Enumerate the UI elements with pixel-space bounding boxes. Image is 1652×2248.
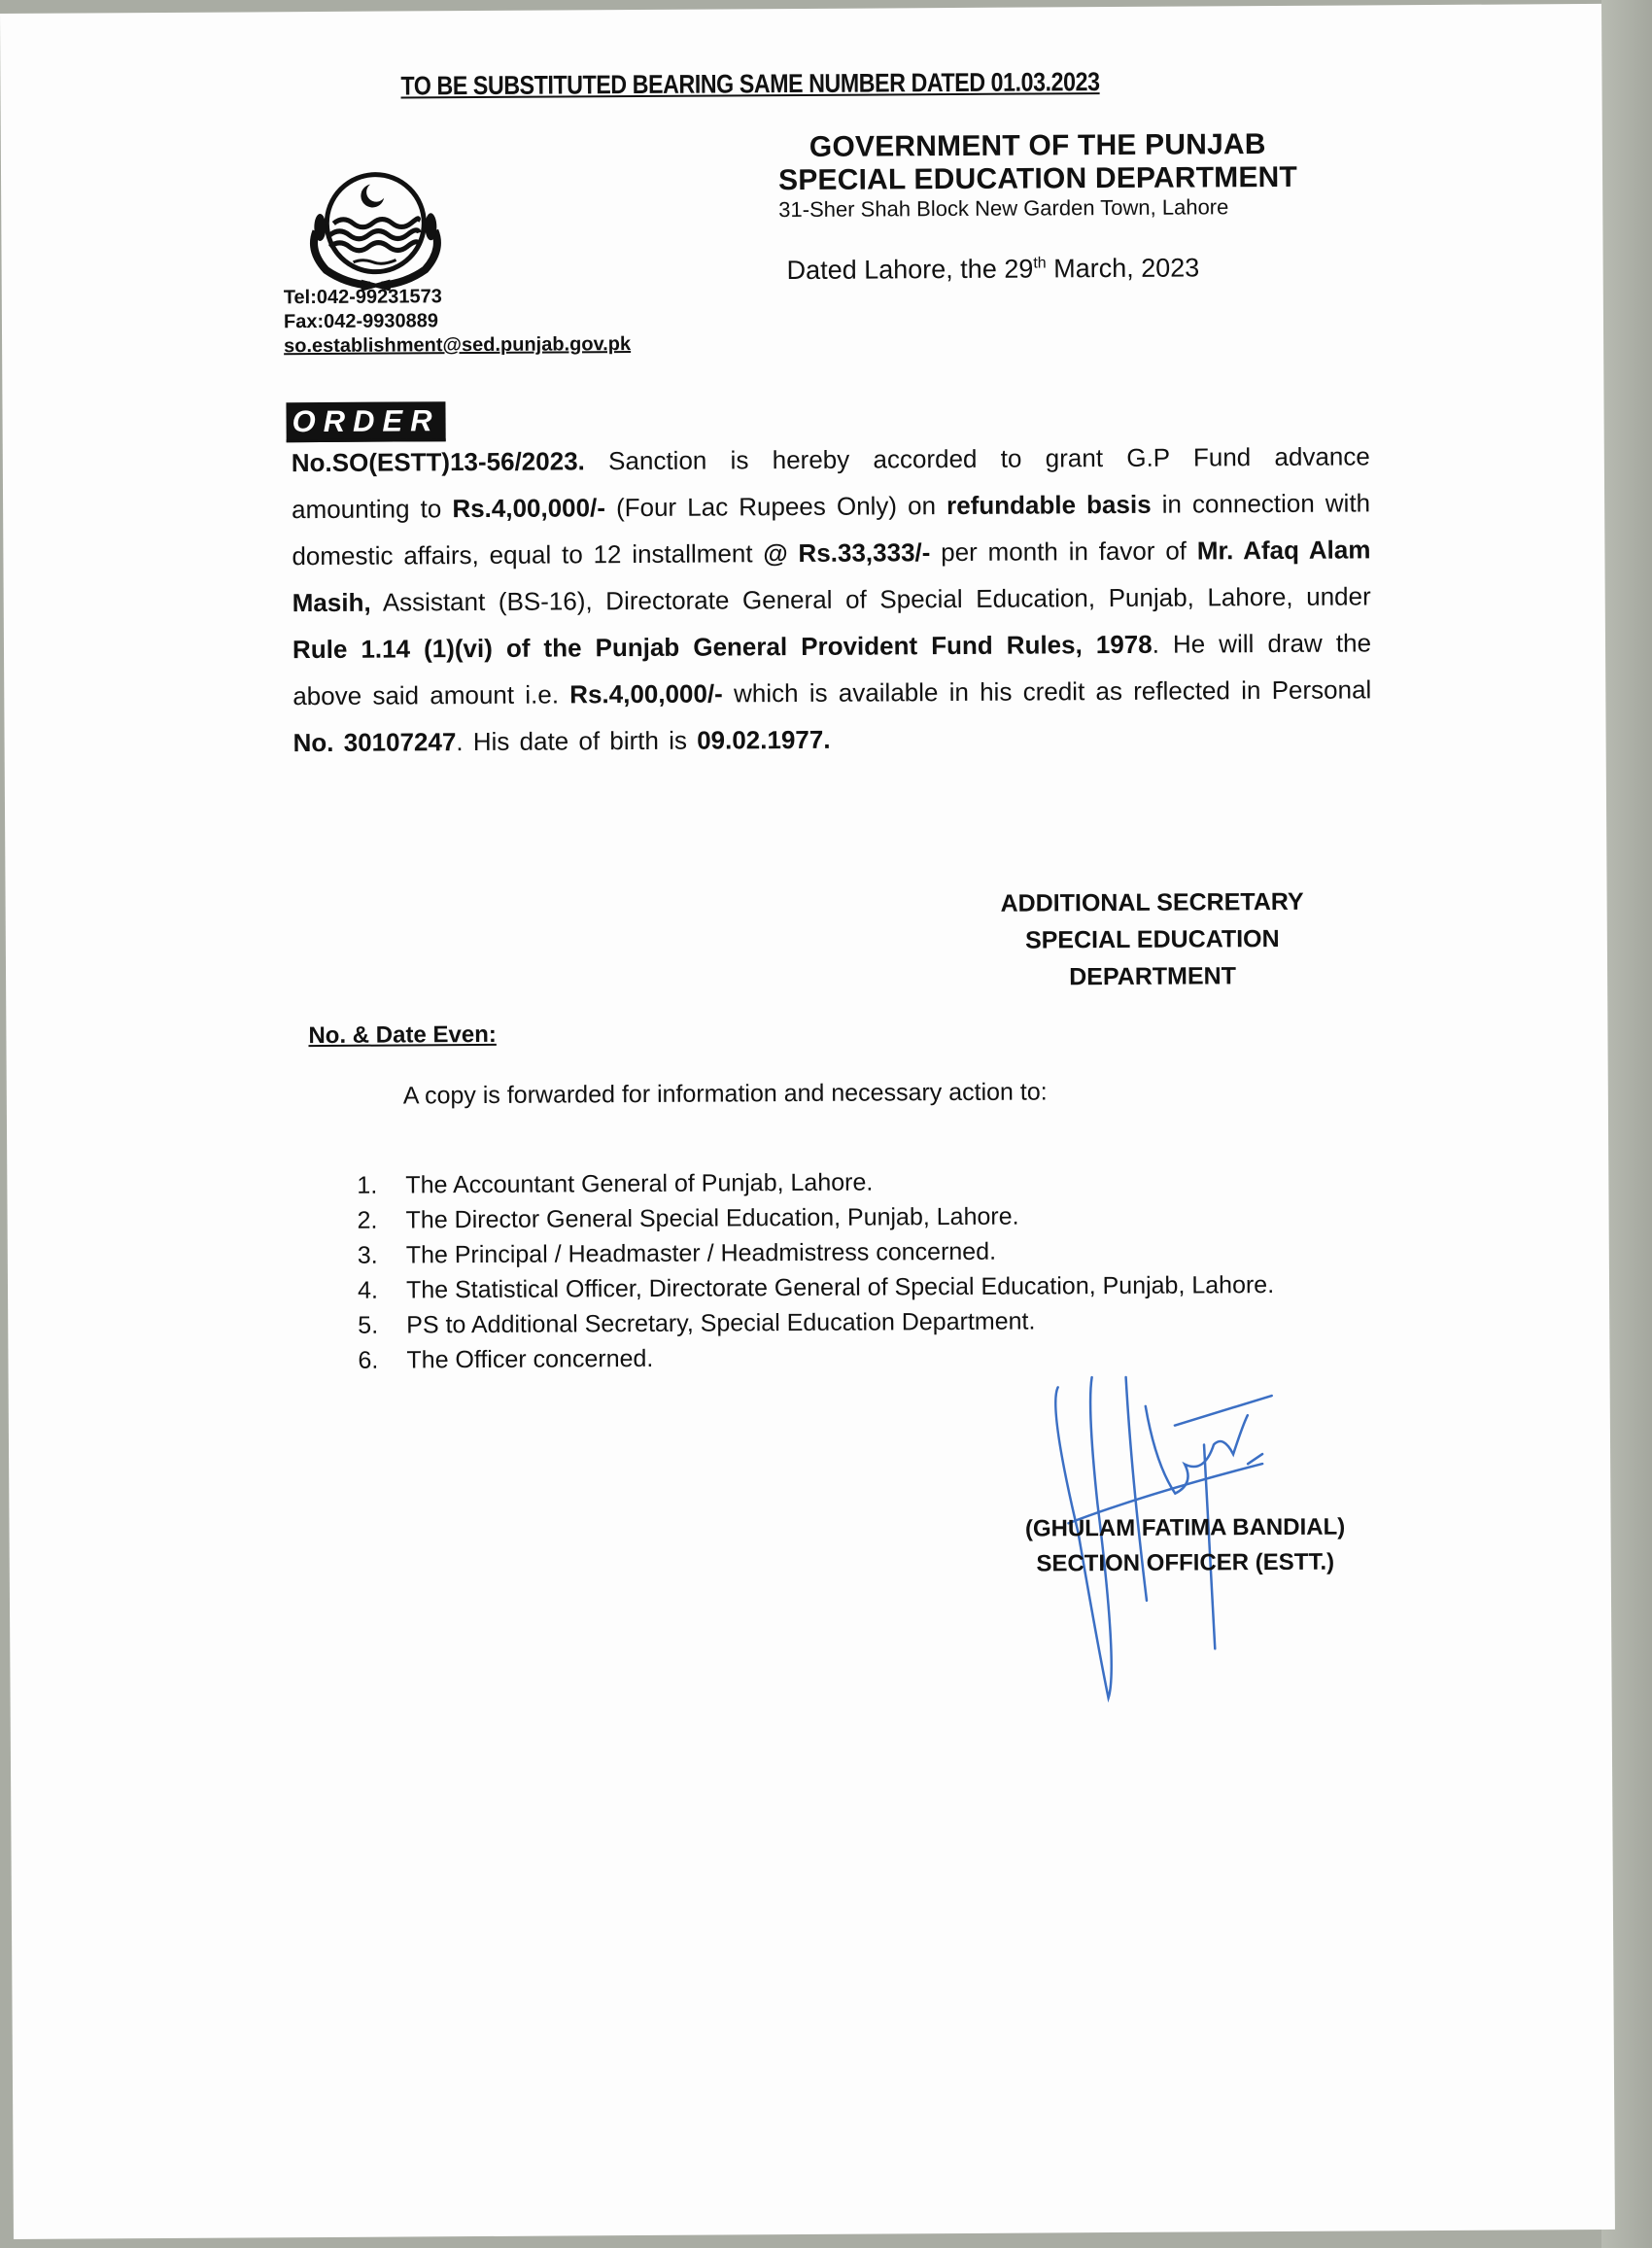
copy-intro: A copy is forwarded for information and … xyxy=(403,1078,1048,1110)
punjab-government-emblem-icon xyxy=(293,166,459,294)
order-text-segment: . His date of birth is xyxy=(456,726,697,757)
order-body: No.SO(ESTT)13-56/2023. Sanction is hereb… xyxy=(292,432,1372,766)
order-text-segment: Rs.4,00,000/- xyxy=(569,678,723,709)
recipient-number: 4. xyxy=(358,1272,406,1307)
department-address: 31-Sher Shah Block New Garden Town, Laho… xyxy=(778,194,1297,223)
authority-line-3: DEPARTMENT xyxy=(987,957,1318,996)
order-text-segment: Rule 1.14 (1)(vi) of the Punjab General … xyxy=(293,630,1153,664)
recipient-text: The Accountant General of Punjab, Lahore… xyxy=(405,1161,1387,1202)
recipient-list: 1.The Accountant General of Punjab, Laho… xyxy=(357,1161,1388,1377)
order-text-segment: which is available in his credit as refl… xyxy=(723,674,1372,708)
no-date-even-heading: No. & Date Even: xyxy=(308,1021,497,1050)
letterhead: GOVERNMENT OF THE PUNJAB SPECIAL EDUCATI… xyxy=(778,128,1298,223)
recipient-text: The Director General Special Education, … xyxy=(405,1196,1387,1237)
order-text-segment: Assistant (BS-16), Directorate General o… xyxy=(371,581,1371,616)
recipient-number: 5. xyxy=(358,1307,406,1342)
email-link[interactable]: so.establishment@sed.punjab.gov.pk xyxy=(284,332,631,359)
recipient-number: 3. xyxy=(358,1237,406,1272)
authority-block: ADDITIONAL SECRETARY SPECIAL EDUCATION D… xyxy=(986,883,1318,996)
department-name: SPECIAL EDUCATION DEPARTMENT xyxy=(778,161,1297,197)
fax-number: Fax:042-9930889 xyxy=(284,308,631,334)
order-text-segment: (Four Lac Rupees Only) on xyxy=(605,491,946,522)
recipient-text: The Statistical Officer, Directorate Gen… xyxy=(406,1266,1388,1307)
tel-number: Tel:042-99231573 xyxy=(284,284,631,310)
order-text-segment: per month in favor of xyxy=(930,536,1197,567)
signatory-block: (GHULAM FATIMA BANDIAL) SECTION OFFICER … xyxy=(990,1509,1379,1581)
authority-line-2: SPECIAL EDUCATION xyxy=(987,920,1318,959)
dated-line: Dated Lahore, the 29th March, 2023 xyxy=(787,253,1200,286)
recipient-number: 1. xyxy=(357,1167,405,1202)
order-heading: ORDER xyxy=(286,401,445,442)
order-text-segment: 09.02.1977. xyxy=(697,725,831,755)
government-name: GOVERNMENT OF THE PUNJAB xyxy=(778,128,1297,164)
order-text-segment: Rs.4,00,000/- xyxy=(452,493,605,523)
substitute-notice: TO BE SUBSTITUTED BEARING SAME NUMBER DA… xyxy=(400,67,1099,101)
recipient-text: PS to Additional Secretary, Special Educ… xyxy=(406,1301,1388,1342)
signatory-name: (GHULAM FATIMA BANDIAL) xyxy=(990,1509,1379,1546)
recipient-number: 2. xyxy=(357,1202,405,1237)
document-page: TO BE SUBSTITUTED BEARING SAME NUMBER DA… xyxy=(0,4,1615,2239)
authority-line-1: ADDITIONAL SECRETARY xyxy=(986,883,1317,922)
order-text-segment: refundable basis xyxy=(946,490,1152,520)
recipient-text: The Principal / Headmaster / Headmistres… xyxy=(406,1231,1388,1272)
order-text-segment: No.SO(ESTT)13-56/2023. xyxy=(292,446,585,477)
recipient-number: 6. xyxy=(358,1342,406,1377)
order-text-segment: No. 30107247 xyxy=(293,727,456,757)
order-text-segment: @ Rs.33,333/- xyxy=(763,537,930,568)
signatory-title: SECTION OFFICER (ESTT.) xyxy=(991,1544,1380,1581)
contact-block: Tel:042-99231573 Fax:042-9930889 so.esta… xyxy=(284,284,631,359)
